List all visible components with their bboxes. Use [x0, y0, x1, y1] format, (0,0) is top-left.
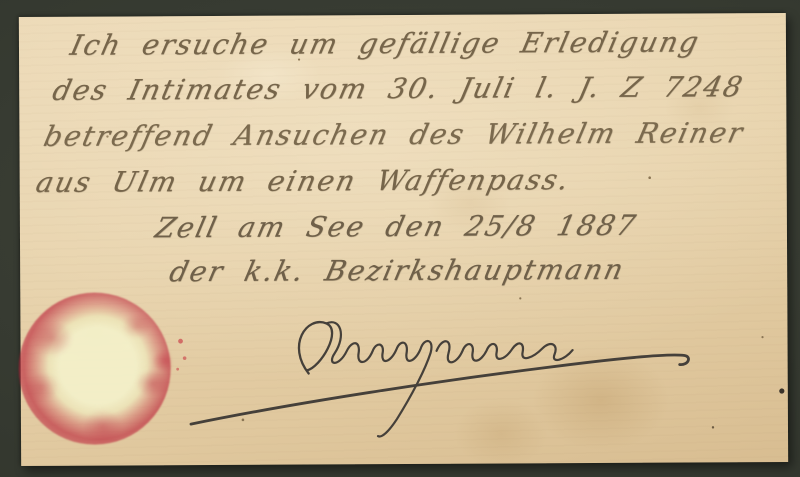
- signature: [19, 13, 788, 466]
- stamp-specks: [176, 339, 186, 371]
- scanned-document-photo: { "document": { "kind": "handwritten cor…: [0, 0, 800, 477]
- document-card: Ich ersuche um gefällige Erledigung des …: [19, 13, 788, 466]
- signature-letters-left: [326, 322, 432, 437]
- paper-specks: [106, 56, 785, 432]
- signature-letters-right: [437, 341, 573, 363]
- signature-underline: [191, 355, 689, 424]
- signature-initial: [299, 322, 332, 373]
